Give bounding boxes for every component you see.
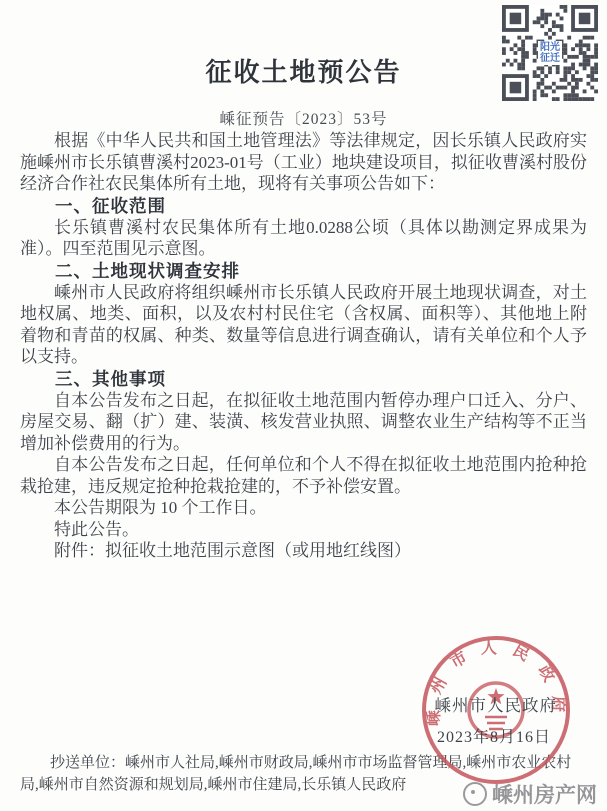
section-2-heading: 二、土地现状调查安排: [20, 260, 587, 282]
qr-label-line2: 征迁: [540, 53, 560, 64]
qr-center-label: 阳光 征迁: [538, 41, 562, 65]
hereby-announced-line: 特此公告。: [20, 519, 587, 541]
intro-paragraph: 根据《中华人民共和国土地管理法》等法律规定，因长乐镇人民政府实施嵊州市长乐镇曹溪…: [20, 130, 587, 195]
section-3-paragraph-2: 自本公告发布之日起，任何单位和个人不得在拟征收土地范围内抢种抢栽抢建，违反规定抢…: [20, 454, 587, 497]
section-1-paragraph: 长乐镇曹溪村农民集体所有土地0.0288公顷（具体以勘测定界成果为准）。四至范围…: [20, 217, 587, 260]
watermark-logo-icon: [463, 782, 487, 806]
announcement-document: 阳光 征迁 征收土地预公告 嵊征预告〔2023〕53号 根据《中华人民共和国土地…: [0, 0, 607, 811]
notice-period-line: 本公告期限为 10 个工作日。: [20, 497, 587, 519]
signature-issuer: 嵊州市人民政府: [435, 692, 558, 716]
section-2-paragraph: 嵊州市人民政府将组织嵊州市长乐镇人民政府开展土地现状调查，对土地权属、地类、面积…: [20, 282, 587, 368]
qr-label-line1: 阳光: [540, 42, 560, 53]
section-3-heading: 三、其他事项: [20, 368, 587, 390]
watermark-text: 嵊州房产网: [492, 779, 597, 809]
signature-date: 2023年8月16日: [437, 724, 551, 747]
attachment-line: 附件：拟征收土地范围示意图（或用地红线图）: [20, 540, 587, 562]
section-3-paragraph-1: 自本公告发布之日起，在拟征收土地范围内暂停办理户口迁入、分户、房屋交易、翻（扩）…: [20, 390, 587, 455]
qr-code: 阳光 征迁: [502, 5, 598, 101]
watermark: 嵊州房产网: [463, 779, 597, 809]
doc-number: 嵊征预告〔2023〕53号: [20, 110, 587, 130]
section-1-heading: 一、征收范围: [20, 195, 587, 217]
